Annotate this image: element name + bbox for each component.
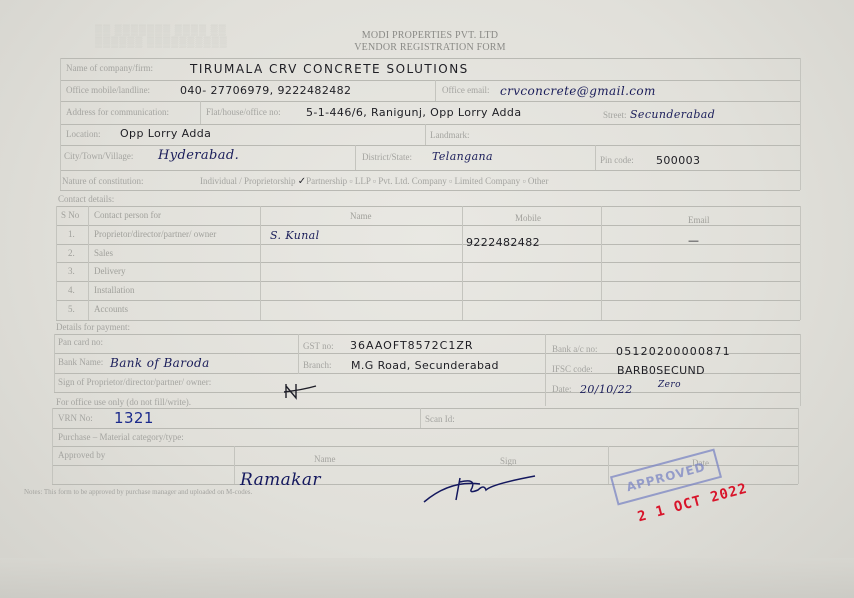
office-email-label: Office email:: [442, 85, 490, 95]
rule: [60, 190, 800, 191]
row-name: S. Kunal: [270, 229, 320, 242]
rule: [56, 262, 800, 263]
bank-ac-label: Bank a/c no:: [552, 344, 598, 354]
form-title: VENDOR REGISTRATION FORM: [300, 42, 560, 54]
approved-sign-label: Sign: [500, 456, 517, 466]
col-header-email: Email: [688, 215, 710, 225]
row-sno: 3.: [68, 266, 75, 276]
city-value: Hyderabad.: [158, 148, 239, 163]
bank-ac-value: 05120200000871: [616, 345, 731, 358]
gst-value: 36AAOFT8572C1ZR: [350, 339, 474, 352]
row-role: Accounts: [94, 304, 128, 314]
rule: [60, 101, 800, 102]
rule: [234, 446, 235, 484]
rule: [200, 101, 201, 124]
rule: [56, 206, 800, 207]
row-sno: 1.: [68, 229, 75, 239]
rule: [60, 58, 61, 190]
street-value: Secunderabad: [630, 108, 715, 121]
approved-by-label: Approved by: [58, 450, 105, 460]
rule: [595, 145, 596, 170]
ifsc-label: IFSC code:: [552, 364, 593, 374]
form-header: MODI PROPERTIES PVT. LTD VENDOR REGISTRA…: [300, 30, 560, 54]
office-use-label: For office use only (do not fill/write).: [56, 397, 191, 407]
pin-value: 500003: [656, 154, 700, 167]
option-pvt-ltd[interactable]: Pvt. Ltd. Company: [378, 176, 447, 186]
row-role: Installation: [94, 285, 135, 295]
constitution-label: Nature of constitution:: [62, 176, 143, 186]
rule: [800, 206, 801, 320]
date-value: 20/10/22: [580, 383, 633, 396]
rule: [60, 124, 800, 125]
rule: [54, 392, 800, 393]
bank-name-value: Bank of Baroda: [110, 356, 210, 370]
owner-signature: [282, 380, 322, 406]
rule: [60, 80, 800, 81]
branch-label: Branch:: [303, 360, 332, 370]
gst-label: GST no:: [303, 341, 334, 351]
flat-label: Flat/house/office no:: [206, 107, 281, 117]
company-name-value: TIRUMALA CRV CONCRETE SOLUTIONS: [190, 62, 469, 76]
pin-label: Pin code:: [600, 155, 634, 165]
rule: [420, 408, 421, 428]
rule: [52, 408, 798, 409]
sign-label: Sign of Proprietor/director/partner/ own…: [58, 377, 211, 387]
purchase-category-label: Purchase – Material category/type:: [58, 432, 184, 442]
approved-name-label: Name: [314, 454, 336, 464]
rule: [608, 446, 609, 484]
approver-name-value: Ramakar: [240, 470, 321, 490]
option-llp[interactable]: LLP: [355, 176, 371, 186]
rule: [54, 334, 800, 335]
rule: [60, 145, 800, 146]
row-role: Proprietor/director/partner/ owner: [94, 229, 216, 239]
rule: [56, 300, 800, 301]
location-value: Opp Lorry Adda: [120, 127, 211, 140]
rule: [800, 58, 801, 190]
rule: [462, 206, 463, 320]
rule: [52, 446, 798, 447]
ifsc-zero-note: Zero: [658, 380, 681, 390]
payment-section-label: Details for payment:: [56, 322, 130, 332]
row-sno: 4.: [68, 285, 75, 295]
row-sno: 2.: [68, 248, 75, 258]
rule: [52, 408, 53, 484]
col-header-sno: S No: [61, 210, 79, 220]
rule: [56, 206, 57, 320]
scanned-form-page: ▒▒ ▒▒▒▒▒▒▒ ▒▒▒▒ ▒▒▒▒▒▒▒▒ ▒▒▒▒▒▒▒▒▒▒ MODI…: [0, 0, 854, 598]
col-header-role: Contact person for: [94, 210, 161, 220]
bleed-through-text: ▒▒ ▒▒▒▒▒▒▒ ▒▒▒▒ ▒▒▒▒▒▒▒▒ ▒▒▒▒▒▒▒▒▒▒: [95, 25, 228, 49]
row-role: Sales: [94, 248, 113, 258]
rule: [88, 206, 89, 320]
street-label: Street:: [603, 110, 627, 120]
office-phone-label: Office mobile/landline:: [66, 85, 150, 95]
bank-name-label: Bank Name:: [58, 357, 103, 367]
company-header: MODI PROPERTIES PVT. LTD: [300, 30, 560, 42]
check-mark-icon: ✓: [298, 176, 306, 187]
district-label: District/State:: [362, 152, 412, 162]
date-label: Date:: [552, 384, 572, 394]
rule: [425, 124, 426, 145]
landmark-label: Landmark:: [430, 130, 470, 140]
ifsc-value: BARB0SECUND: [617, 364, 705, 377]
district-value: Telangana: [432, 150, 493, 163]
rule: [56, 320, 800, 321]
row-mobile: 9222482482: [466, 236, 540, 249]
rule: [355, 145, 356, 170]
rule: [54, 334, 55, 392]
rule: [545, 334, 546, 406]
row-role: Delivery: [94, 266, 126, 276]
rule: [60, 58, 800, 59]
rule: [298, 334, 299, 374]
rule: [798, 408, 799, 484]
scan-id-label: Scan Id:: [425, 414, 455, 424]
rule: [260, 206, 261, 320]
branch-value: M.G Road, Secunderabad: [351, 359, 499, 372]
rule: [52, 428, 798, 429]
rule: [800, 334, 801, 406]
location-label: Location:: [66, 129, 101, 139]
option-other[interactable]: Other: [528, 176, 549, 186]
option-individual[interactable]: Individual / Proprietorship: [200, 176, 296, 186]
office-phone-value: 040- 27706979, 9222482482: [180, 84, 351, 97]
option-limited[interactable]: Limited Company: [454, 176, 520, 186]
rule: [60, 170, 800, 171]
row-sno: 5.: [68, 304, 75, 314]
contact-section-label: Contact details:: [58, 194, 114, 204]
option-partnership[interactable]: Partnership: [306, 176, 347, 186]
rule: [435, 80, 436, 101]
approver-signature: [420, 470, 540, 506]
city-label: City/Town/Village:: [64, 151, 133, 161]
constitution-options: Individual / Proprietorship ✓Partnership…: [200, 176, 548, 187]
rule: [56, 225, 800, 226]
flat-value: 5-1-446/6, Ranigunj, Opp Lorry Adda: [306, 106, 521, 119]
office-email-value: crvconcrete@gmail.com: [500, 84, 656, 98]
vrn-label: VRN No:: [58, 413, 93, 423]
address-label: Address for communication:: [66, 107, 169, 117]
vrn-value: 1321: [114, 409, 154, 427]
rule: [601, 206, 602, 320]
rule: [56, 281, 800, 282]
row-email: —: [688, 234, 699, 247]
col-header-mobile: Mobile: [515, 213, 541, 223]
col-header-name: Name: [350, 211, 372, 221]
form-note: Notes: This form to be approved by purch…: [24, 488, 252, 496]
company-name-label: Name of company/firm:: [66, 63, 153, 73]
pan-label: Pan card no:: [58, 337, 103, 347]
